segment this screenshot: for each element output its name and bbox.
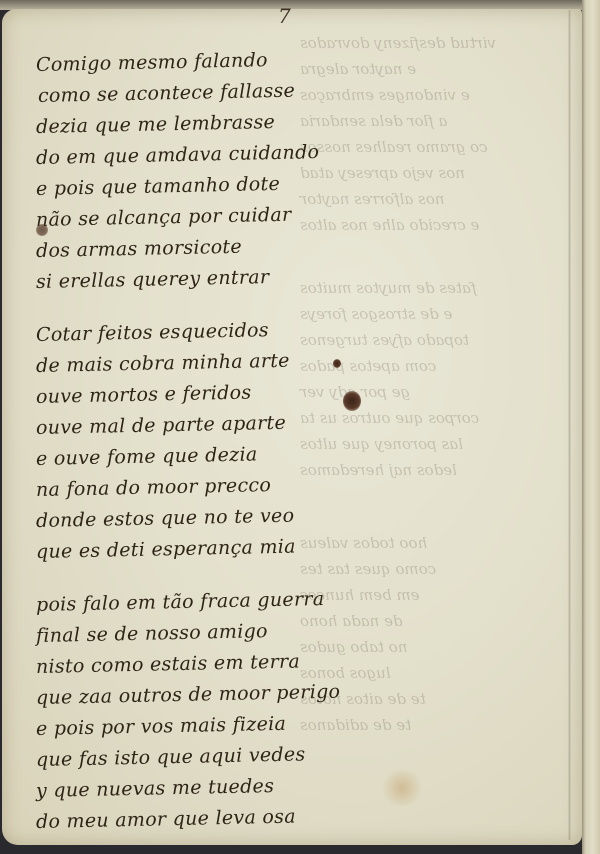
manuscript-scan: 7 virtud desfizeny dovrados e naytor ale… — [0, 0, 600, 854]
stanza-3: pois falo em tão fraca guerra final se d… — [36, 590, 376, 838]
verse-line: si erellas querey entrar — [36, 260, 377, 298]
stanza-2: Cotar feitos esquecidos de mais cobra mi… — [36, 320, 376, 568]
stanza-1: Comigo mesmo falando como se acontece fa… — [36, 50, 376, 298]
stain — [380, 770, 424, 806]
folio-mark: 7 — [278, 4, 291, 28]
verse-line: do meu amor que leva osa — [36, 800, 377, 838]
poem-text: Comigo mesmo falando como se acontece fa… — [36, 50, 376, 854]
page-fold — [568, 10, 571, 840]
adjacent-leaf-edge — [582, 0, 600, 854]
verse-line: que es deti esperança mia — [36, 530, 377, 568]
